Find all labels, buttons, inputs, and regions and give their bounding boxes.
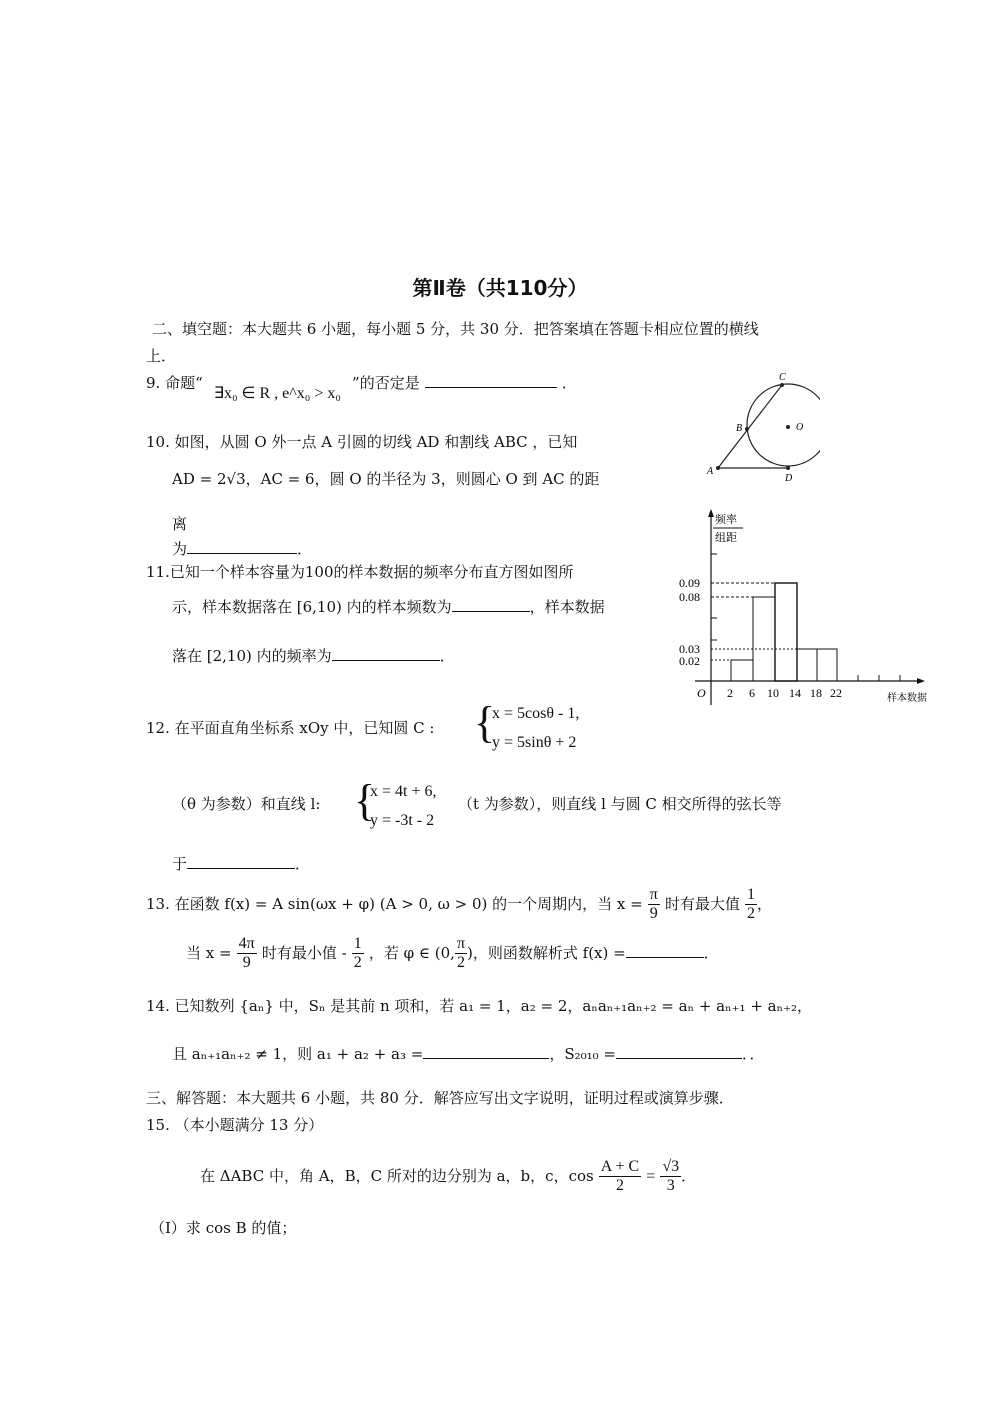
q9-math: ∃x₀ ∈ R , e^x₀ > x₀: [214, 385, 341, 402]
x-tick-6: 6: [749, 686, 755, 700]
q13-text-e: ，若 φ ∈ (0,: [369, 944, 455, 962]
q9-end: ．: [562, 374, 577, 392]
question-14-line2: 且 aₙ₊₁aₙ₊₂ ≠ 1，则 a₁ + a₂ + a₃ =，S₂₀₁₀ =．…: [172, 1043, 765, 1064]
q14-answer-blank-2[interactable]: [616, 1044, 742, 1059]
q11-answer-blank-1[interactable]: [452, 597, 530, 612]
question-10-line3: 离: [172, 513, 187, 534]
q13-text-d: 时有最小值 -: [262, 944, 347, 962]
line-eq-y: y = -3t - 2: [370, 812, 434, 830]
circle-o: [747, 384, 820, 466]
question-12-line1: 12. 在平面直角坐标系 xOy 中，已知圆 C :: [146, 717, 434, 738]
q13-text-f: )，则函数解析式 f(x) =: [467, 944, 626, 962]
section-heading-fill-in-cont: 上．: [146, 345, 176, 366]
q12-yu: 于: [172, 855, 187, 873]
label-d: D: [784, 473, 793, 484]
fraction-pi-2: π2: [455, 935, 467, 972]
label-o: O: [796, 422, 803, 433]
bar-2-6: [731, 660, 753, 681]
question-13-line1: 13. 在函数 f(x) = A sin(ωx + φ) (A > 0, ω >…: [146, 886, 772, 923]
circle-tangent-figure: C B O A D: [680, 370, 820, 485]
x-tick-10: 10: [767, 686, 779, 700]
q9-suffix: ”的否定是: [352, 374, 420, 392]
x-tick-22: 22: [830, 686, 842, 700]
bar-14-18: [797, 649, 817, 681]
x-tick-14: 14: [789, 686, 801, 700]
q11-text-b: ，样本数据: [530, 598, 605, 616]
q14-text-b: ，S₂₀₁₀ =: [549, 1045, 616, 1063]
fraction-1-2: 12: [745, 886, 757, 923]
q13-text-b: 时有最大值: [665, 895, 740, 913]
circle-eq-y: y = 5sinθ + 2: [492, 734, 576, 752]
question-11-line1: 11.已知一个样本容量为100的样本数据的频率分布直方图如图所: [146, 561, 574, 582]
fraction-pi-9: π9: [648, 886, 660, 923]
q9-answer-blank[interactable]: [425, 373, 557, 388]
q13-text-c: 当 x =: [186, 944, 232, 962]
frequency-histogram: 频率 组距 0.09 0.08 0.03 0.02 O 2 6 10 14 18…: [665, 505, 955, 710]
fraction-a-plus-c-over-2: A + C2: [599, 1158, 641, 1195]
label-a: A: [706, 466, 714, 477]
question-15-stem: 在 ΔABC 中，角 A，B，C 所对的边分别为 a，b，c，cos A + C…: [200, 1158, 696, 1195]
section-heading-answer: 三、解答题：本大题共 6 小题，共 80 分．解答应写出文字说明，证明过程或演算…: [146, 1087, 734, 1108]
question-9: 9. 命题“ ∃x₀ ∈ R , e^x₀ > x₀ ”的否定是 ．: [146, 372, 577, 393]
y-label-bottom: 组距: [715, 531, 737, 544]
x-axis-label: 样本数据: [887, 691, 927, 704]
x-tick-2: 2: [727, 686, 733, 700]
q10-wei: 为: [172, 540, 187, 558]
question-12-line3: 于．: [172, 853, 310, 874]
question-14-line1: 14. 已知数列 {aₙ} 中，Sₙ 是其前 n 项和，若 a₁ = 1，a₂ …: [146, 995, 812, 1016]
question-11-line2: 示，样本数据落在 [6,10) 内的样本频数为，样本数据: [172, 596, 605, 617]
line-eq-x: x = 4t + 6,: [370, 783, 437, 801]
bar-6-10: [753, 597, 775, 681]
q15-text-a: 在 ΔABC 中，角 A，B，C 所对的边分别为 a，b，c，cos: [200, 1167, 594, 1185]
q10-answer-blank[interactable]: [187, 539, 297, 554]
origin-label: O: [697, 686, 706, 700]
bar-10-14: [775, 583, 797, 681]
question-15-part1: （Ⅰ）求 cos B 的值；: [150, 1217, 296, 1238]
q11-end: ．: [440, 647, 455, 665]
q11-text-c: 落在 [2,10) 内的频率为: [172, 647, 332, 665]
question-10-line4: 为．: [172, 538, 312, 559]
section-heading-fill-in: 二、填空题：本大题共 6 小题，每小题 5 分，共 30 分．把答案填在答题卡相…: [152, 318, 759, 339]
q12-end: ．: [295, 855, 310, 873]
question-10-line1: 10. 如图，从圆 O 外一点 A 引圆的切线 AD 和割线 ABC ，已知: [146, 431, 577, 452]
x-tick-18: 18: [810, 686, 822, 700]
page-title: 第Ⅱ卷（共110分）: [0, 272, 1000, 301]
secant-abc: [718, 385, 782, 468]
y-label-top: 频率: [715, 512, 737, 526]
circle-eq-x: x = 5cosθ - 1,: [492, 705, 579, 723]
question-11-line3: 落在 [2,10) 内的频率为．: [172, 645, 455, 666]
y-tick-0.09: 0.09: [679, 576, 700, 590]
q11-text-a: 示，样本数据落在 [6,10) 内的样本频数为: [172, 598, 452, 616]
y-tick-0.08: 0.08: [679, 590, 700, 604]
q14-answer-blank-1[interactable]: [423, 1044, 549, 1059]
label-c: C: [779, 372, 786, 383]
fraction-sqrt3-over-3: √33: [660, 1158, 681, 1195]
question-13-line2: 当 x = 4π9 时有最小值 - 12 ，若 φ ∈ (0,π2)，则函数解析…: [186, 935, 719, 972]
fraction-neg-1-2: 12: [352, 935, 364, 972]
q13-text-a: 13. 在函数 f(x) = A sin(ωx + φ) (A > 0, ω >…: [146, 895, 643, 913]
question-12-line2b: （t 为参数），则直线 l 与圆 C 相交所得的弦长等: [458, 793, 782, 814]
bar-18-22: [817, 649, 837, 681]
question-12-line2a: （θ 为参数）和直线 l:: [172, 793, 320, 814]
question-10-line2: AD = 2√3，AC = 6，圆 O 的半径为 3，则圆心 O 到 AC 的距: [172, 468, 599, 489]
q14-text-a: 且 aₙ₊₁aₙ₊₂ ≠ 1，则 a₁ + a₂ + a₃ =: [172, 1045, 423, 1063]
q10-end: ．: [297, 540, 312, 558]
q13-answer-blank[interactable]: [626, 943, 704, 958]
q9-prefix: 9. 命题“: [146, 374, 203, 392]
q11-answer-blank-2[interactable]: [332, 646, 440, 661]
label-b: B: [736, 423, 742, 434]
q12-answer-blank[interactable]: [187, 854, 295, 869]
question-15-header: 15. （本小题满分 13 分）: [146, 1114, 323, 1135]
fraction-4pi-9: 4π9: [237, 935, 257, 972]
y-tick-0.02: 0.02: [679, 654, 700, 668]
